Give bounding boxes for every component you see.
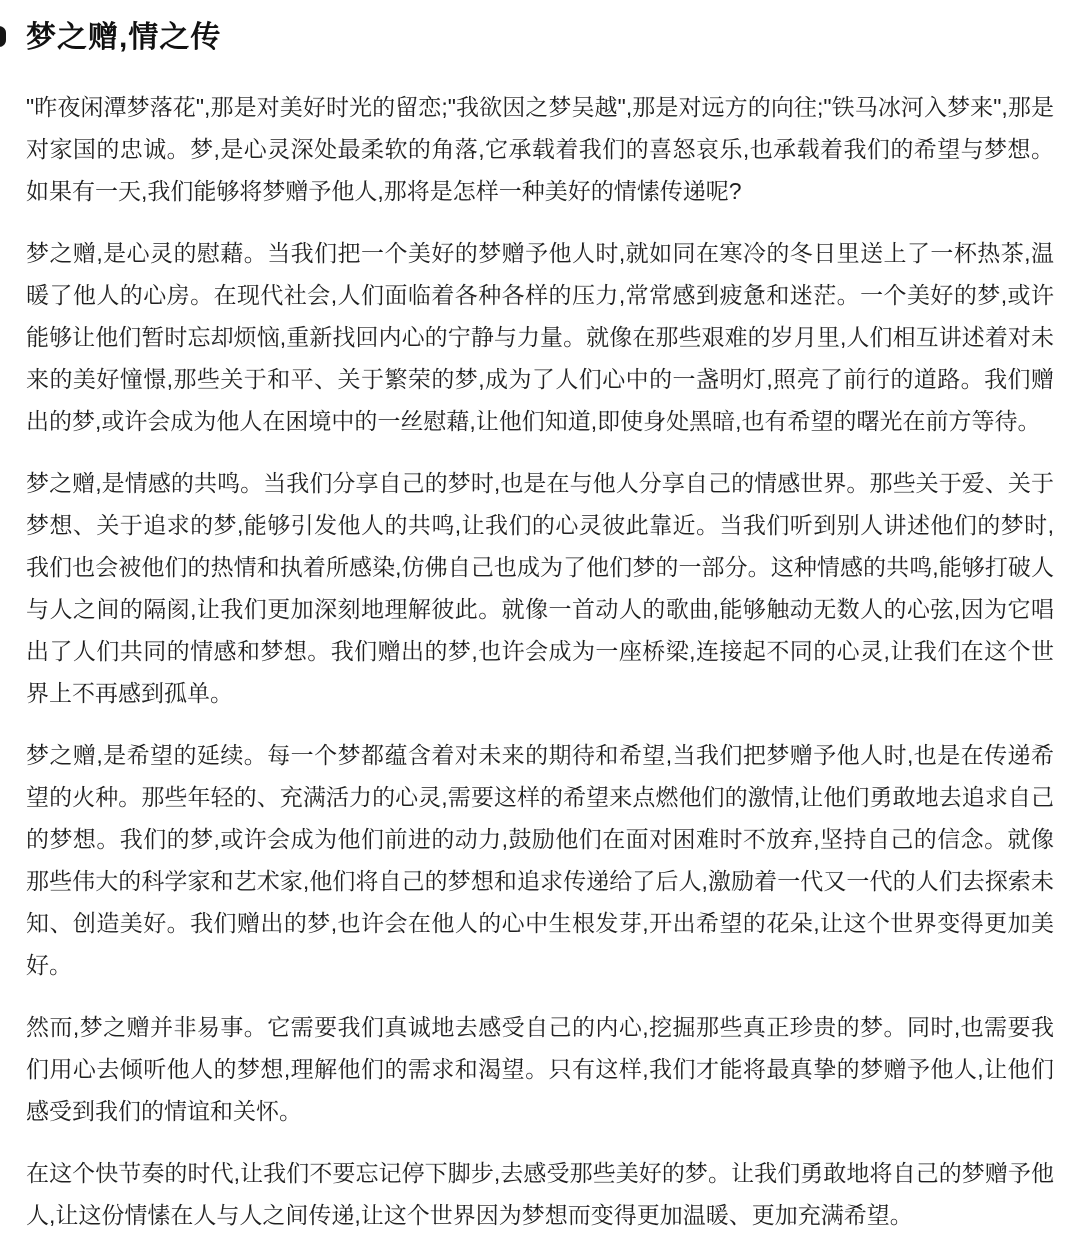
essay-paragraph-difficulty: 然而,梦之赠并非易事。它需要我们真诚地去感受自己的内心,挖掘那些真正珍贵的梦。同… [26, 1006, 1054, 1132]
essay-paragraph-resonance: 梦之赠,是情感的共鸣。当我们分享自己的梦时,也是在与他人分享自己的情感世界。那些… [26, 462, 1054, 714]
clipped-edge-glyph [0, 26, 6, 47]
essay-paragraph-comfort: 梦之赠,是心灵的慰藉。当我们把一个美好的梦赠予他人时,就如同在寒冷的冬日里送上了… [26, 232, 1054, 442]
essay-title: 梦之赠,情之传 [26, 18, 1054, 58]
essay-paragraph-intro: "昨夜闲潭梦落花",那是对美好时光的留恋;"我欲因之梦吴越",那是对远方的向往;… [26, 86, 1054, 212]
document-page: 梦之赠,情之传 "昨夜闲潭梦落花",那是对美好时光的留恋;"我欲因之梦吴越",那… [0, 0, 1080, 1246]
essay-paragraph-conclusion: 在这个快节奏的时代,让我们不要忘记停下脚步,去感受那些美好的梦。让我们勇敢地将自… [26, 1152, 1054, 1236]
essay-paragraph-hope: 梦之赠,是希望的延续。每一个梦都蕴含着对未来的期待和希望,当我们把梦赠予他人时,… [26, 734, 1054, 986]
